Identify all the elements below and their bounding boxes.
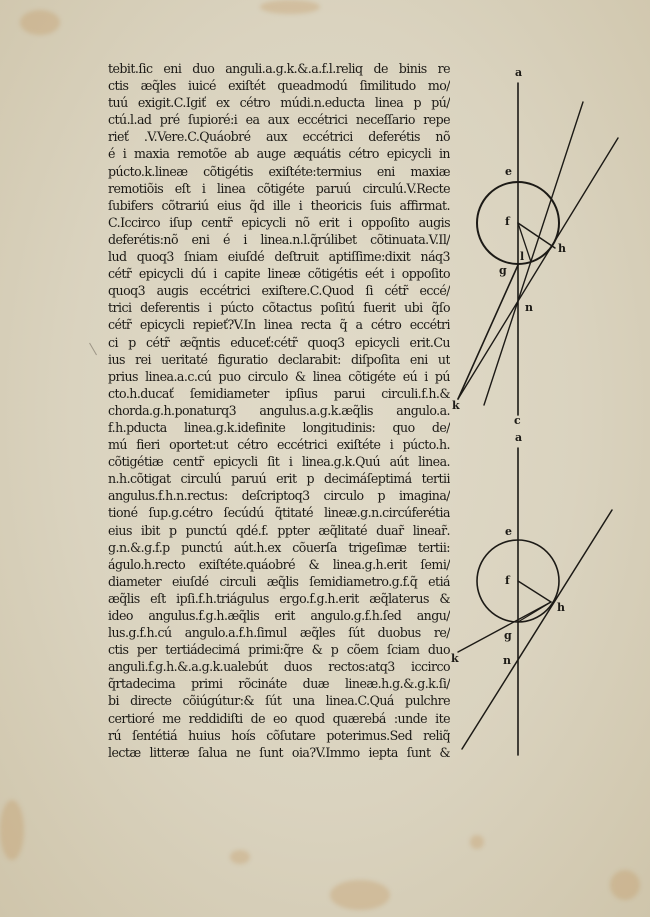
- text-line: chorda.g.h.ponaturq3 angulus.a.g.k.æq̃li…: [108, 402, 450, 419]
- margin-mark: [89, 339, 104, 356]
- text-line: ſubifers cõtrariú eius q̃d ille i theori…: [108, 197, 450, 214]
- text-line: ctis per tertiádecimá primi:q̃re & p cõe…: [108, 641, 450, 658]
- geometric-figure-2: a e f h g n k: [440, 425, 640, 770]
- label-k: k: [452, 399, 460, 412]
- text-line: certioré me reddidiſti de eo quod quæreb…: [108, 710, 450, 727]
- label-a: a: [515, 431, 522, 444]
- text-line: g.n.&.g.f.p punctú aút.h.ex cõuerſa trig…: [108, 539, 450, 556]
- label-l: l: [520, 250, 524, 263]
- geometric-figure-1: a e f l h g n k c: [440, 60, 640, 430]
- text-line: ideo angulus.f.g.h.æq̃lis erit angulo.g.…: [108, 607, 450, 624]
- foxing-stain: [20, 10, 60, 35]
- text-line: quoq3 augis eccétrici exiſtere.C.Quod ſi…: [108, 282, 450, 299]
- text-line: rieť .V.Vere.C.Quáobré aux eccétrici def…: [108, 128, 450, 145]
- label-n: n: [525, 301, 533, 314]
- epicycle-diagram-1: a e f l h g n k c: [440, 60, 640, 430]
- foxing-stain: [610, 870, 640, 900]
- label-h: h: [558, 242, 566, 255]
- text-line: é i maxia remotõe ab auge æquátis cétro …: [108, 145, 450, 162]
- label-g: g: [504, 629, 512, 642]
- text-line: deferétis:nõ eni é i linea.n.l.q̃rúlibet…: [108, 231, 450, 248]
- label-e: e: [505, 525, 512, 538]
- text-line: púcto.k.lineæ cõtigétis exiſtéte:termius…: [108, 163, 450, 180]
- text-line: cto.h.ducať ſemidiameter ipſius parui ci…: [108, 385, 450, 402]
- text-line: tioné ſup.g.cétro ſecúdú q̃titaté lineæ.…: [108, 504, 450, 521]
- text-line: mú fieri oportet:ut cétro eccétrici exiſ…: [108, 436, 450, 453]
- text-line: lus.g.f.h.cú angulo.a.f.h.ſimul æq̃les ſ…: [108, 624, 450, 641]
- label-k: k: [451, 652, 459, 665]
- text-line: ius rei ueritaté figuratio declarabit: d…: [108, 351, 450, 368]
- label-n: n: [503, 654, 511, 667]
- foxing-stain: [260, 0, 320, 14]
- text-line: ctis æq̃les iuicé exiſtét queadmodú ſimi…: [108, 77, 450, 94]
- text-line: cétr̃ epicycli dú i capite lineæ cõtigét…: [108, 265, 450, 282]
- text-line: rú ſentétiá huius hoís cõſutare poterimu…: [108, 727, 450, 744]
- text-line: f.h.pducta linea.g.k.idefinite longitudi…: [108, 419, 450, 436]
- text-line: remotiõis eſt i linea cõtigéte paruú cir…: [108, 180, 450, 197]
- label-g: g: [499, 264, 507, 277]
- label-f: f: [505, 574, 511, 587]
- text-line: águlo.h.recto exiſtéte.quáobré & linea.g…: [108, 556, 450, 573]
- text-line: tebit.ſic eni duo anguli.a.g.k.&.a.f.l.r…: [108, 60, 450, 77]
- text-line: prius linea.a.c.cú puo circulo & linea c…: [108, 368, 450, 385]
- label-h: h: [557, 601, 565, 614]
- foxing-stain: [230, 850, 250, 864]
- text-line: cõtigétiæ centr̃ epicycli ſit i linea.g.…: [108, 453, 450, 470]
- text-line: eius ibit p punctú qdé.f. ppter æq̃litat…: [108, 522, 450, 539]
- label-e: e: [505, 165, 512, 178]
- text-line: trici deferentis i púcto cõtactus poſitú…: [108, 299, 450, 316]
- text-line: æq̃lis eſt ipſi.f.h.triágulus ergo.f.g.h…: [108, 590, 450, 607]
- text-line: C.Iccirco iſup centr̃ epicycli nõ erit i…: [108, 214, 450, 231]
- text-line: ci p cétr̃ æq̃ntis educeť:cétr̃ quoq3 ep…: [108, 334, 450, 351]
- foxing-stain: [0, 800, 24, 860]
- text-line: cétr̃ epicycli repieť?V.In linea recta q…: [108, 316, 450, 333]
- text-line: anguli.f.g.h.&.a.g.k.ualebút duos rectos…: [108, 658, 450, 675]
- label-a: a: [515, 66, 522, 79]
- label-f: f: [505, 215, 511, 228]
- book-page: tebit.ſic eni duo anguli.a.g.k.&.a.f.l.r…: [0, 0, 650, 917]
- foxing-stain: [330, 880, 390, 910]
- epicycle-diagram-2: a e f h g n k: [440, 425, 640, 770]
- text-line: bi directe cõiúgútur:& ſút una linea.C.Q…: [108, 692, 450, 709]
- text-line: tuú exigit.C.Igiť ex cétro múdi.n.educta…: [108, 94, 450, 111]
- latin-text-block: tebit.ſic eni duo anguli.a.g.k.&.a.f.l.r…: [108, 60, 450, 761]
- text-line: q̃rtadecima primi rõcináte duæ lineæ.h.g…: [108, 675, 450, 692]
- text-line: ctú.l.ad pré ſupioré:i ea aux eccétrici …: [108, 111, 450, 128]
- text-line: lud quoq3 ſniam eiuſdé deſtruit aptiſſim…: [108, 248, 450, 265]
- text-line: lectæ litteræ ſalua ne ſunt oia?V.Immo i…: [108, 744, 450, 761]
- text-line: diameter eiuſdé circuli æq̃lis ſemidiame…: [108, 573, 450, 590]
- text-line: n.h.cõtigat circulú paruú erit p decimáſ…: [108, 470, 450, 487]
- text-line: angulus.f.h.n.rectus: deſcriptoq3 circul…: [108, 487, 450, 504]
- foxing-stain: [470, 835, 484, 849]
